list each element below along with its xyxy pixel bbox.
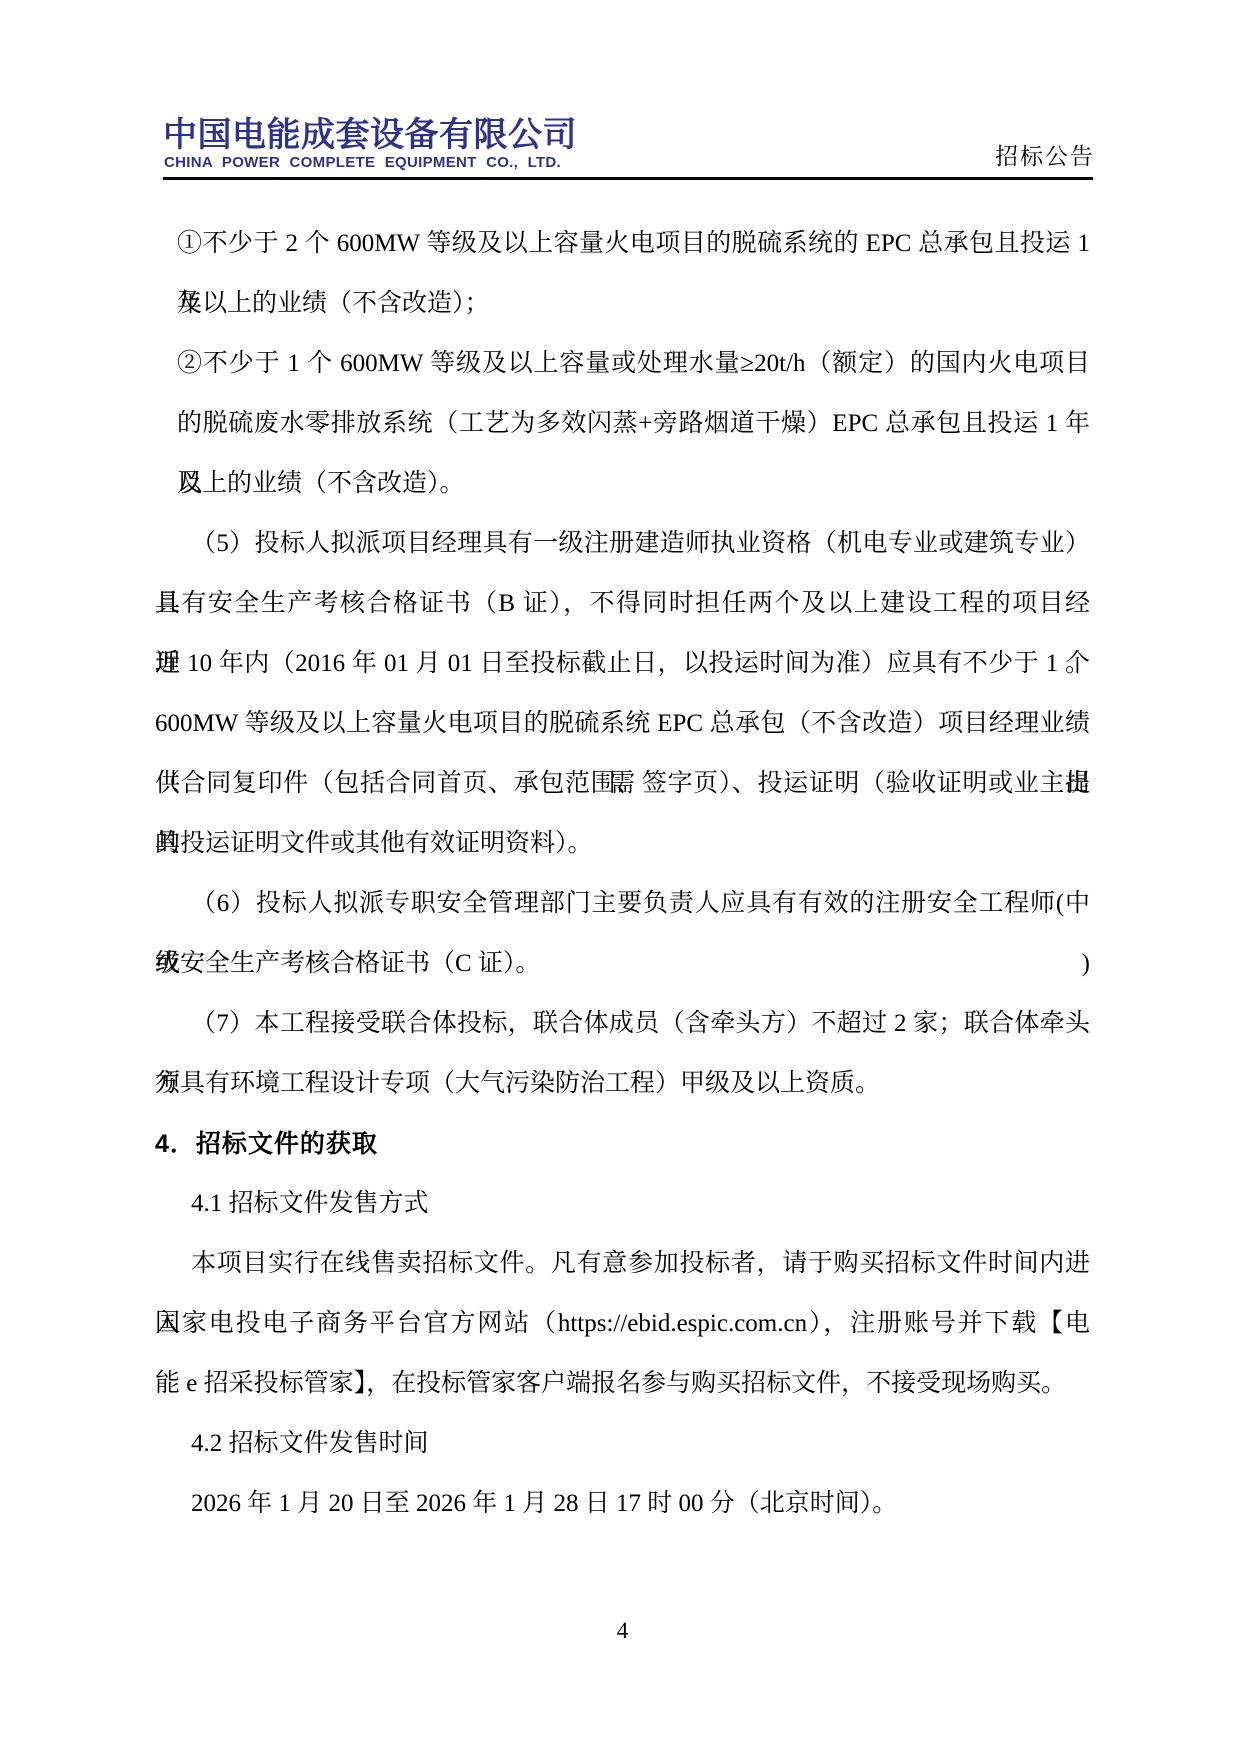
doc-type-label: 招标公告 [995, 144, 1095, 169]
body-line: 4.2 招标文件发售时间 [155, 1414, 1090, 1474]
company-logo-cn: 中国电能成套设备有限公司 [163, 118, 577, 154]
paragraph: 2026 年 1 月 20 日至 2026 年 1 月 28 日 17 时 00… [155, 1474, 1090, 1534]
body-line: 具有安全生产考核合格证书（B 证），不得同时担任两个及以上建设工程的项目经理。 [155, 574, 1090, 634]
body-line: 2026 年 1 月 20 日至 2026 年 1 月 28 日 17 时 00… [155, 1474, 1090, 1534]
body-line: （7）本工程接受联合体投标，联合体成员（含牵头方）不超过 2 家；联合体牵头方 [155, 994, 1090, 1054]
body-line: 4．招标文件的获取 [155, 1114, 1090, 1174]
body-line: （5）投标人拟派项目经理具有一级注册建造师执业资格（机电专业或建筑专业）且 [155, 514, 1090, 574]
body-line: 的投运证明文件或其他有效证明资料）。 [155, 814, 1090, 874]
paragraph: （6）投标人拟派专职安全管理部门主要负责人应具有有效的注册安全工程师(中级)或安… [155, 874, 1090, 994]
body-line: 本项目实行在线售卖招标文件。凡有意参加投标者，请于购买招标文件时间内进入 [155, 1234, 1090, 1294]
paragraph: 本项目实行在线售卖招标文件。凡有意参加投标者，请于购买招标文件时间内进入国家电投… [155, 1234, 1090, 1414]
body-line: 4.1 招标文件发售方式 [155, 1174, 1090, 1234]
header-divider [163, 177, 1093, 180]
paragraph: ②不少于 1 个 600MW 等级及以上容量或处理水量≥20t/h（额定）的国内… [155, 334, 1090, 514]
paragraph: （7）本工程接受联合体投标，联合体成员（含牵头方）不超过 2 家；联合体牵头方须… [155, 994, 1090, 1114]
body-line: 供合同复印件（包括合同首页、承包范围、签字页）、投运证明（验收证明或业主出具 [155, 754, 1090, 814]
body-line: 近 10 年内（2016 年 01 月 01 日至投标截止日，以投运时间为准）应… [155, 634, 1090, 694]
body-line: 须具有环境工程设计专项（大气污染防治工程）甲级及以上资质。 [155, 1054, 1090, 1114]
company-logo-en: CHINA POWER COMPLETE EQUIPMENT CO., LTD. [164, 155, 561, 172]
document-body: ①不少于 2 个 600MW 等级及以上容量火电项目的脱硫系统的 EPC 总承包… [155, 214, 1090, 1534]
body-line: 的脱硫废水零排放系统（工艺为多效闪蒸+旁路烟道干燥）EPC 总承包且投运 1 年… [177, 394, 1090, 454]
body-line: ①不少于 2 个 600MW 等级及以上容量火电项目的脱硫系统的 EPC 总承包… [177, 214, 1090, 274]
paragraph: 4.1 招标文件发售方式 [155, 1174, 1090, 1234]
paragraph: （5）投标人拟派项目经理具有一级注册建造师执业资格（机电专业或建筑专业）且具有安… [155, 514, 1090, 874]
body-line: 及以上的业绩（不含改造）； [177, 274, 1090, 334]
body-line: 国家电投电子商务平台官方网站（https://ebid.espic.com.cn… [155, 1294, 1090, 1354]
body-line: 600MW 等级及以上容量火电项目的脱硫系统 EPC 总承包（不含改造）项目经理… [155, 694, 1090, 754]
body-line: 以上的业绩（不含改造）。 [177, 454, 1090, 514]
document-page: 中国电能成套设备有限公司 CHINA POWER COMPLETE EQUIPM… [0, 0, 1240, 1753]
paragraph: ①不少于 2 个 600MW 等级及以上容量火电项目的脱硫系统的 EPC 总承包… [155, 214, 1090, 334]
page-number: 4 [155, 1616, 1090, 1646]
paragraph: 4.2 招标文件发售时间 [155, 1414, 1090, 1474]
paragraph: 4．招标文件的获取 [155, 1114, 1090, 1174]
body-line: 能 e 招采投标管家】，在投标管家客户端报名参与购买招标文件，不接受现场购买。 [155, 1354, 1090, 1414]
body-line: （6）投标人拟派专职安全管理部门主要负责人应具有有效的注册安全工程师(中级) [155, 874, 1090, 934]
body-line: ②不少于 1 个 600MW 等级及以上容量或处理水量≥20t/h（额定）的国内… [177, 334, 1090, 394]
